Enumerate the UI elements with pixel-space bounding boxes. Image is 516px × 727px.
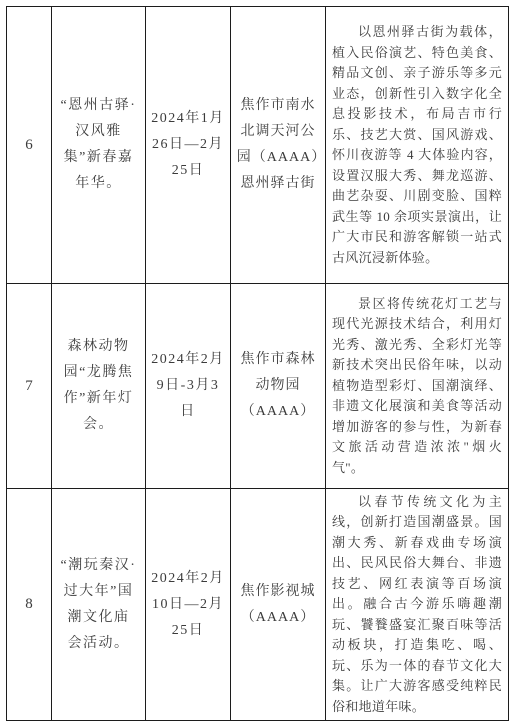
event-name-cell: “潮玩秦汉·过大年”国潮文化庙会活动。 [52, 489, 146, 721]
description-text: 景区将传统花灯工艺与现代光源技术结合，利用灯光秀、激光秀、全彩灯光等新技术突出民… [332, 294, 502, 479]
description-text: 以恩州驿古街为载体，植入民俗演艺、特色美食、精品文创、亲子游乐等多元业态，创新性… [332, 22, 502, 268]
event-venue-cell: 焦作市森林动物园（AAAA） [231, 284, 326, 489]
event-date-cell: 2024年2月10日—2月25日 [146, 489, 231, 721]
row-number-cell: 8 [7, 489, 52, 721]
document-page: 6 “恩州古驿·汉风雅集”新春嘉年华。 2024年1月26日—2月25日 焦作市… [0, 0, 516, 727]
description-wrap: 以恩州驿古街为载体，植入民俗演艺、特色美食、精品文创、亲子游乐等多元业态，创新性… [332, 9, 502, 281]
table-row: 6 “恩州古驿·汉风雅集”新春嘉年华。 2024年1月26日—2月25日 焦作市… [7, 7, 509, 284]
table-row: 8 “潮玩秦汉·过大年”国潮文化庙会活动。 2024年2月10日—2月25日 焦… [7, 489, 509, 721]
event-venue-cell: 焦作影视城（AAAA） [231, 489, 326, 721]
event-description-cell: 景区将传统花灯工艺与现代光源技术结合，利用灯光秀、激光秀、全彩灯光等新技术突出民… [326, 284, 509, 489]
event-name-cell: “恩州古驿·汉风雅集”新春嘉年华。 [52, 7, 146, 284]
event-name-cell: 森林动物园“龙腾焦作”新年灯会。 [52, 284, 146, 489]
row-number-cell: 7 [7, 284, 52, 489]
description-wrap: 景区将传统花灯工艺与现代光源技术结合，利用灯光秀、激光秀、全彩灯光等新技术突出民… [332, 286, 502, 486]
events-table: 6 “恩州古驿·汉风雅集”新春嘉年华。 2024年1月26日—2月25日 焦作市… [6, 6, 509, 721]
description-text: 以春节传统文化为主线，创新打造国潮盛景。国潮大秀、新春戏曲专场演出、民风民俗大舞… [332, 492, 502, 718]
table-row: 7 森林动物园“龙腾焦作”新年灯会。 2024年2月9日-3月3日 焦作市森林动… [7, 284, 509, 489]
event-description-cell: 以恩州驿古街为载体，植入民俗演艺、特色美食、精品文创、亲子游乐等多元业态，创新性… [326, 7, 509, 284]
event-date-cell: 2024年1月26日—2月25日 [146, 7, 231, 284]
event-description-cell: 以春节传统文化为主线，创新打造国潮盛景。国潮大秀、新春戏曲专场演出、民风民俗大舞… [326, 489, 509, 721]
row-number-cell: 6 [7, 7, 52, 284]
event-date-cell: 2024年2月9日-3月3日 [146, 284, 231, 489]
description-wrap: 以春节传统文化为主线，创新打造国潮盛景。国潮大秀、新春戏曲专场演出、民风民俗大舞… [332, 491, 502, 719]
event-venue-cell: 焦作市南水北调天河公园（AAAA）恩州驿古街 [231, 7, 326, 284]
